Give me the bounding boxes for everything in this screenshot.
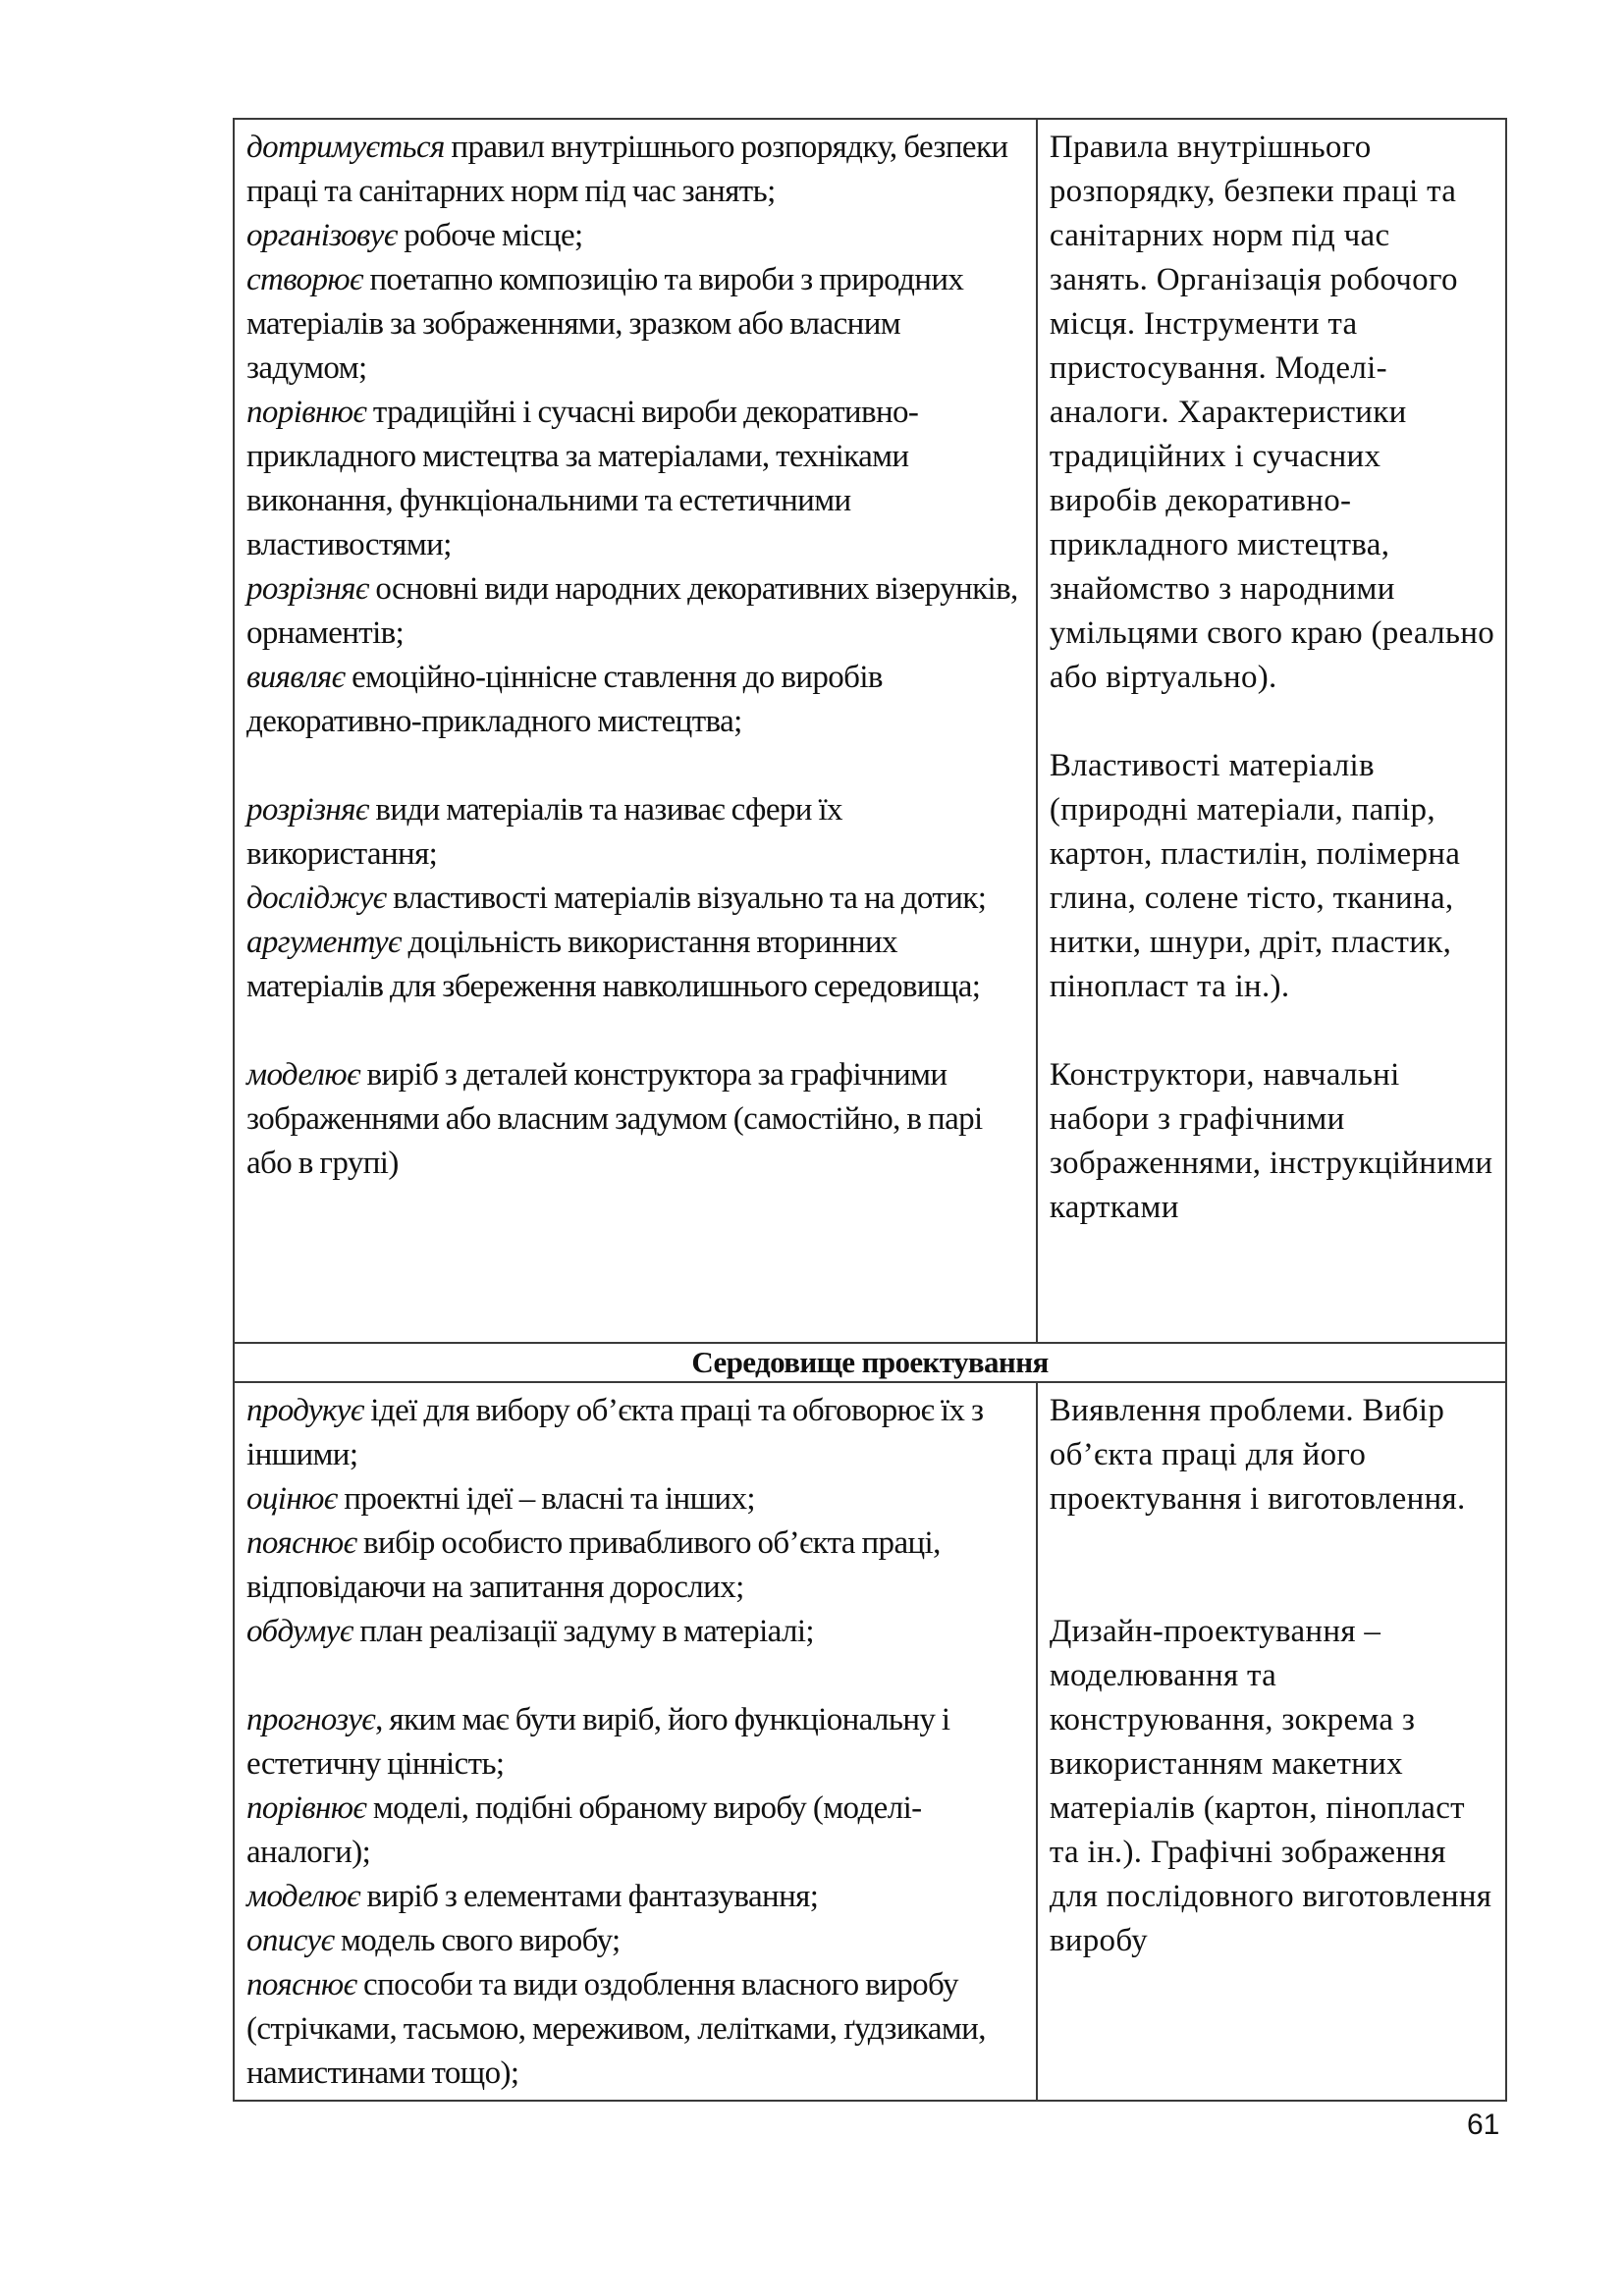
expected-results-list: продукує ідеї для вибору об’єкта праці т… [246,1389,1026,2096]
item-text: Правила внутрішнього розпорядку, безпеки… [1050,130,1494,695]
action-verb: розрізняє [246,571,369,607]
list-item: продукує ідеї для вибору об’єкта праці т… [246,1389,1026,1477]
content-cell: Виявлення проблеми. Вибір об’єкта праці … [1037,1382,1506,2101]
item-text: властивості матеріалів візуально та на д… [386,881,986,916]
action-verb: оцінює [246,1481,338,1517]
list-item: пояснює способи та види оздоблення власн… [246,1963,1026,2096]
table-row: продукує ідеї для вибору об’єкта праці т… [234,1382,1506,2101]
list-item: моделює виріб з деталей конструктора за … [246,1053,1026,1186]
action-verb: обдумує [246,1614,353,1649]
action-verb: порівнює [246,395,366,430]
action-verb: прогнозує [246,1702,375,1737]
curriculum-table: дотримується правил внутрішнього розпоря… [233,118,1507,2102]
table-row: дотримується правил внутрішнього розпоря… [234,119,1506,1343]
list-item: Конструктори, навчальні набори з графічн… [1050,1053,1495,1230]
section-heading: Середовище проектування [234,1343,1506,1382]
list-item: Дизайн-проектування – моделювання та кон… [1050,1610,1495,1963]
item-text: план реалізації задуму в матеріалі; [353,1614,814,1649]
item-text: способи та види оздоблення власного виро… [246,1967,986,2091]
item-text: проектні ідеї – власні та інших; [338,1481,755,1517]
item-text: Конструктори, навчальні набори з графічн… [1050,1057,1492,1225]
list-item: обдумує план реалізації задуму в матеріа… [246,1610,1026,1654]
list-item: виявляє емоційно-ціннісне ставлення до в… [246,656,1026,744]
content-cell: Правила внутрішнього розпорядку, безпеки… [1037,119,1506,1343]
action-verb: пояснює [246,1967,356,2002]
action-verb: продукує [246,1393,364,1428]
action-verb: виявляє [246,660,345,695]
list-item: моделює виріб з елементами фантазування; [246,1875,1026,1919]
action-verb: описує [246,1923,334,1958]
action-verb: пояснює [246,1525,356,1561]
item-text: робоче місце; [398,218,583,253]
list-item: аргументує доцільність використання втор… [246,921,1026,1009]
item-text: модель свого виробу; [334,1923,620,1958]
item-text: Властивості матеріалів (природні матеріа… [1050,748,1460,1004]
action-verb: розрізняє [246,792,369,828]
action-verb: досліджує [246,881,386,916]
expected-results-list: дотримується правил внутрішнього розпоря… [246,126,1026,1186]
list-item: прогнозує, яким має бути виріб, його фун… [246,1698,1026,1787]
list-item: пояснює вибір особисто привабливого об’є… [246,1522,1026,1610]
expected-results-cell: дотримується правил внутрішнього розпоря… [234,119,1037,1343]
section-header-row: Середовище проектування [234,1343,1506,1382]
action-verb: створює [246,262,363,297]
list-item: організовує робоче місце; [246,214,1026,258]
action-verb: моделює [246,1057,360,1093]
list-item: розрізняє основні види народних декорати… [246,567,1026,656]
item-text: Дизайн-проектування – моделювання та кон… [1050,1614,1491,1958]
action-verb: моделює [246,1879,360,1914]
list-item: порівнює моделі, подібні обраному виробу… [246,1787,1026,1875]
list-item: Правила внутрішнього розпорядку, безпеки… [1050,126,1495,700]
list-item: Властивості матеріалів (природні матеріа… [1050,744,1495,1009]
content-list: Правила внутрішнього розпорядку, безпеки… [1050,126,1495,1230]
item-text: Виявлення проблеми. Вибір об’єкта праці … [1050,1393,1466,1517]
action-verb: дотримується [246,130,445,165]
list-item: розрізняє види матеріалів та називає сфе… [246,788,1026,877]
list-item: описує модель свого виробу; [246,1919,1026,1963]
action-verb: порівнює [246,1790,366,1826]
list-item: Виявлення проблеми. Вибір об’єкта праці … [1050,1389,1495,1522]
item-text: виріб з елементами фантазування; [360,1879,818,1914]
list-item: досліджує властивості матеріалів візуаль… [246,877,1026,921]
action-verb: організовує [246,218,398,253]
list-item: порівнює традиційні і сучасні вироби дек… [246,391,1026,567]
expected-results-cell: продукує ідеї для вибору об’єкта праці т… [234,1382,1037,2101]
list-item: оцінює проектні ідеї – власні та інших; [246,1477,1026,1522]
content-list: Виявлення проблеми. Вибір об’єкта праці … [1050,1389,1495,1963]
action-verb: аргументує [246,925,402,960]
page-number: 61 [1467,2109,1499,2142]
list-item: створює поетапно композицію та вироби з … [246,258,1026,391]
list-item: дотримується правил внутрішнього розпоря… [246,126,1026,214]
